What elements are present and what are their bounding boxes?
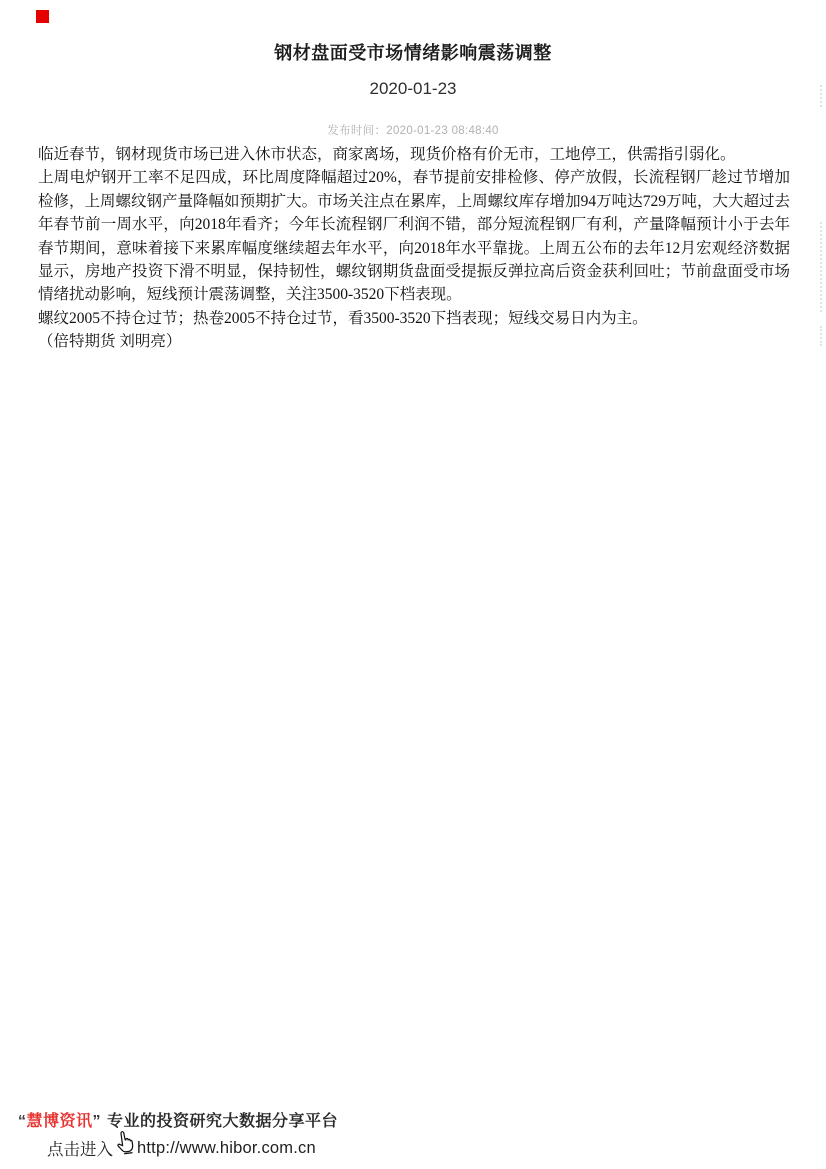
red-square-marker [36, 10, 49, 23]
paragraph: 上周电炉钢开工率不足四成，环比周度降幅超过20%，春节提前安排检修、停产放假，长… [38, 166, 790, 306]
click-enter-label: 点击进入 [47, 1136, 113, 1160]
scan-artifact [820, 85, 822, 107]
pointing-hand-icon [114, 1129, 137, 1161]
document-page: 钢材盘面受市场情绪影响震荡调整 2020-01-23 发布时间：2020-01-… [0, 0, 826, 1169]
paragraph: 螺纹2005不持仓过节；热卷2005不持仓过节，看3500-3520下挡表现；短… [38, 307, 790, 330]
article-date: 2020-01-23 [0, 79, 826, 99]
scan-artifact [820, 326, 822, 346]
open-quote: “ [18, 1113, 27, 1130]
brand-name: 慧博资讯 [27, 1113, 93, 1130]
paragraph: 临近春节，钢材现货市场已进入休市状态，商家离场，现货价格有价无市，工地停工，供需… [38, 143, 790, 166]
article-body: 临近春节，钢材现货市场已进入休市状态，商家离场，现货价格有价无市，工地停工，供需… [38, 143, 790, 354]
author-line: （倍特期货 刘明亮） [38, 330, 790, 353]
brand-tagline: 专业的投资研究大数据分享平台 [107, 1113, 338, 1130]
website-link[interactable]: http://www.hibor.com.cn [137, 1139, 316, 1158]
article-title: 钢材盘面受市场情绪影响震荡调整 [0, 39, 826, 65]
close-quote: ” [93, 1113, 102, 1130]
publish-time: 发布时间：2020-01-23 08:48:40 [0, 122, 826, 138]
footer-link-line: 点击进入 http://www.hibor.com.cn [47, 1136, 316, 1160]
footer-brand-line: “慧博资讯”专业的投资研究大数据分享平台 [18, 1108, 338, 1131]
scan-artifact [820, 222, 822, 312]
